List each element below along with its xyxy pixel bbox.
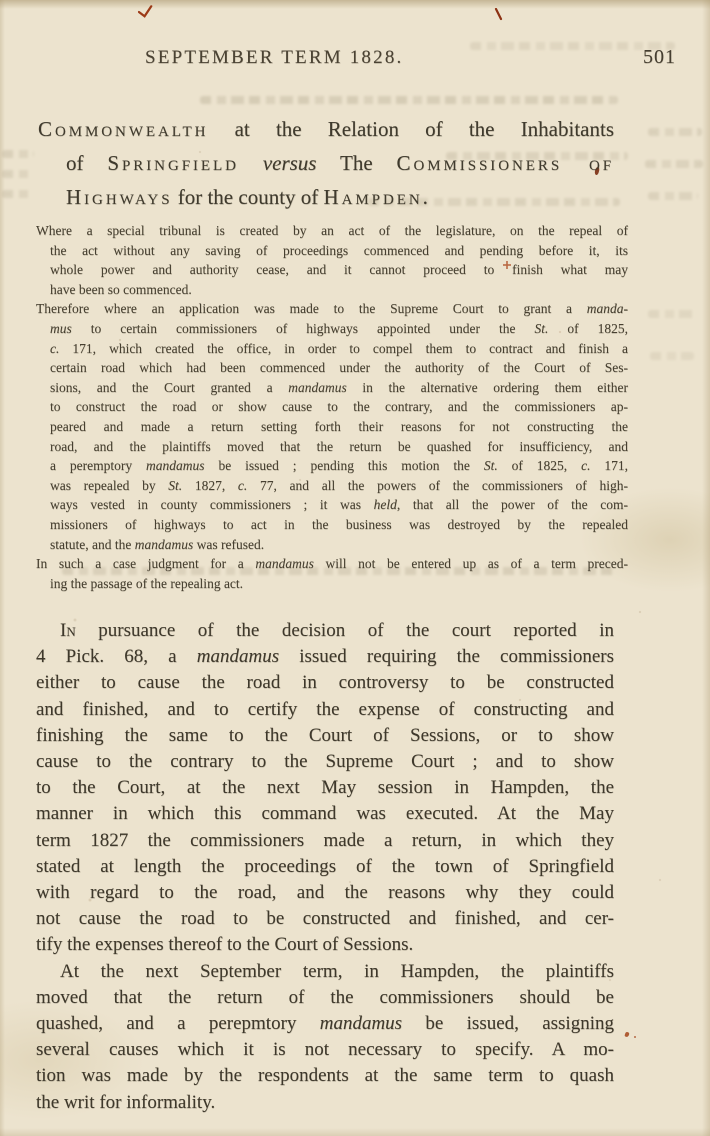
bleedthrough-smudge: [650, 352, 694, 360]
text-line: manner in which this command was execute…: [36, 801, 614, 827]
text-line: a peremptory mandamus be issued ; pendin…: [36, 456, 628, 476]
text-line: was repealed by St. 1827, c. 77, and all…: [36, 476, 628, 496]
text-line: not cause the road to be constructed and…: [36, 906, 614, 932]
text-line: either to cause the road in controversy …: [36, 670, 614, 696]
text-line: tify the expenses thereof to the Court o…: [36, 932, 614, 958]
bleedthrough-smudge: [648, 310, 696, 318]
text-line: moved that the return of the commissione…: [36, 985, 614, 1011]
red-ink-speck: [634, 1036, 636, 1038]
text-line: finishing the same to the Court of Sessi…: [36, 723, 614, 749]
text-line: ways vested in county commissioners ; it…: [36, 495, 628, 515]
headnote-paragraph: Therefore where an application was made …: [36, 299, 628, 554]
text-line: cause to the contrary to the Supreme Cou…: [36, 749, 614, 775]
text-line: term 1827 the commissioners made a retur…: [36, 828, 614, 854]
text-line: peared and made a return setting forth t…: [36, 417, 628, 437]
text-line: missioners of highways to act in the bus…: [36, 515, 628, 535]
text-line: tion was made by the respondents at the …: [36, 1063, 614, 1089]
headnote-paragraph: In such a case judgment for a mandamus w…: [36, 554, 628, 593]
red-ink-slash-mark: [494, 8, 503, 21]
bleedthrough-smudge: [2, 150, 34, 158]
case-title: Commonwealth at the Relation of the Inha…: [38, 112, 614, 214]
text-line: the act without any saving of proceeding…: [36, 241, 628, 261]
text-line: quashed, and a perepmtory mandamus be is…: [36, 1011, 614, 1037]
text-line: to construct the road or show cause to t…: [36, 397, 628, 417]
body-paragraph: At the next September term, in Hampden, …: [36, 959, 614, 1116]
text-line: Highways for the county of Hampden.: [38, 180, 614, 214]
text-line: several causes which it is not necessary…: [36, 1037, 614, 1063]
body-paragraph: In pursuance of the decision of the cour…: [36, 618, 614, 959]
red-ink-check-mark: [138, 6, 154, 18]
text-line: whole power and authority cease, and it …: [36, 260, 628, 280]
text-line: mus to certain commissioners of highways…: [36, 319, 628, 339]
text-line: Therefore where an application was made …: [36, 299, 628, 319]
text-line: road, and the plaintiffs moved that the …: [36, 437, 628, 457]
text-line: with regard to the road, and the reasons…: [36, 880, 614, 906]
red-ink-speck: [624, 1031, 629, 1037]
text-line: certain road which had been commenced un…: [36, 358, 628, 378]
text-line: to the Court, at the next May session in…: [36, 775, 614, 801]
text-line: Commonwealth at the Relation of the Inha…: [38, 112, 614, 146]
text-line: At the next September term, in Hampden, …: [36, 959, 614, 985]
text-line: Where a special tribunal is created by a…: [36, 221, 628, 241]
text-line: In pursuance of the decision of the cour…: [36, 618, 614, 644]
bleedthrough-smudge: [200, 96, 618, 104]
bleedthrough-smudge: [648, 192, 698, 200]
text-line: 4 Pick. 68, a mandamus issued requiring …: [36, 644, 614, 670]
text-line: stated at length the proceedings of the …: [36, 854, 614, 880]
bleedthrough-smudge: [2, 190, 32, 198]
headnote-section: Where a special tribunal is created by a…: [36, 221, 628, 593]
text-line: sions, and the Court granted a mandamus …: [36, 378, 628, 398]
page-number: 501: [643, 46, 676, 69]
headnote-paragraph: Where a special tribunal is created by a…: [36, 221, 628, 299]
book-page: SEPTEMBER TERM 1828. 501 Commonwealth at…: [0, 0, 710, 1136]
text-line: c. 171, which created the office, in ord…: [36, 339, 628, 359]
bleedthrough-smudge: [2, 170, 30, 178]
text-line: and finished, and to certify the expense…: [36, 697, 614, 723]
term-heading: SEPTEMBER TERM 1828.: [145, 47, 403, 69]
text-line: statute, and the mandamus was refused.: [36, 535, 628, 555]
running-head: SEPTEMBER TERM 1828. 501: [0, 46, 676, 69]
opinion-section: In pursuance of the decision of the cour…: [36, 618, 614, 1116]
text-line: In such a case judgment for a mandamus w…: [36, 554, 628, 574]
text-line: ing the passage of the repealing act.: [36, 574, 628, 594]
text-line: have been so commenced.: [36, 280, 628, 300]
bleedthrough-smudge: [648, 128, 702, 136]
text-line: the writ for informality.: [36, 1090, 614, 1116]
bleedthrough-smudge: [645, 160, 703, 168]
text-line: of Springfield versus The Commissioners …: [38, 146, 614, 180]
